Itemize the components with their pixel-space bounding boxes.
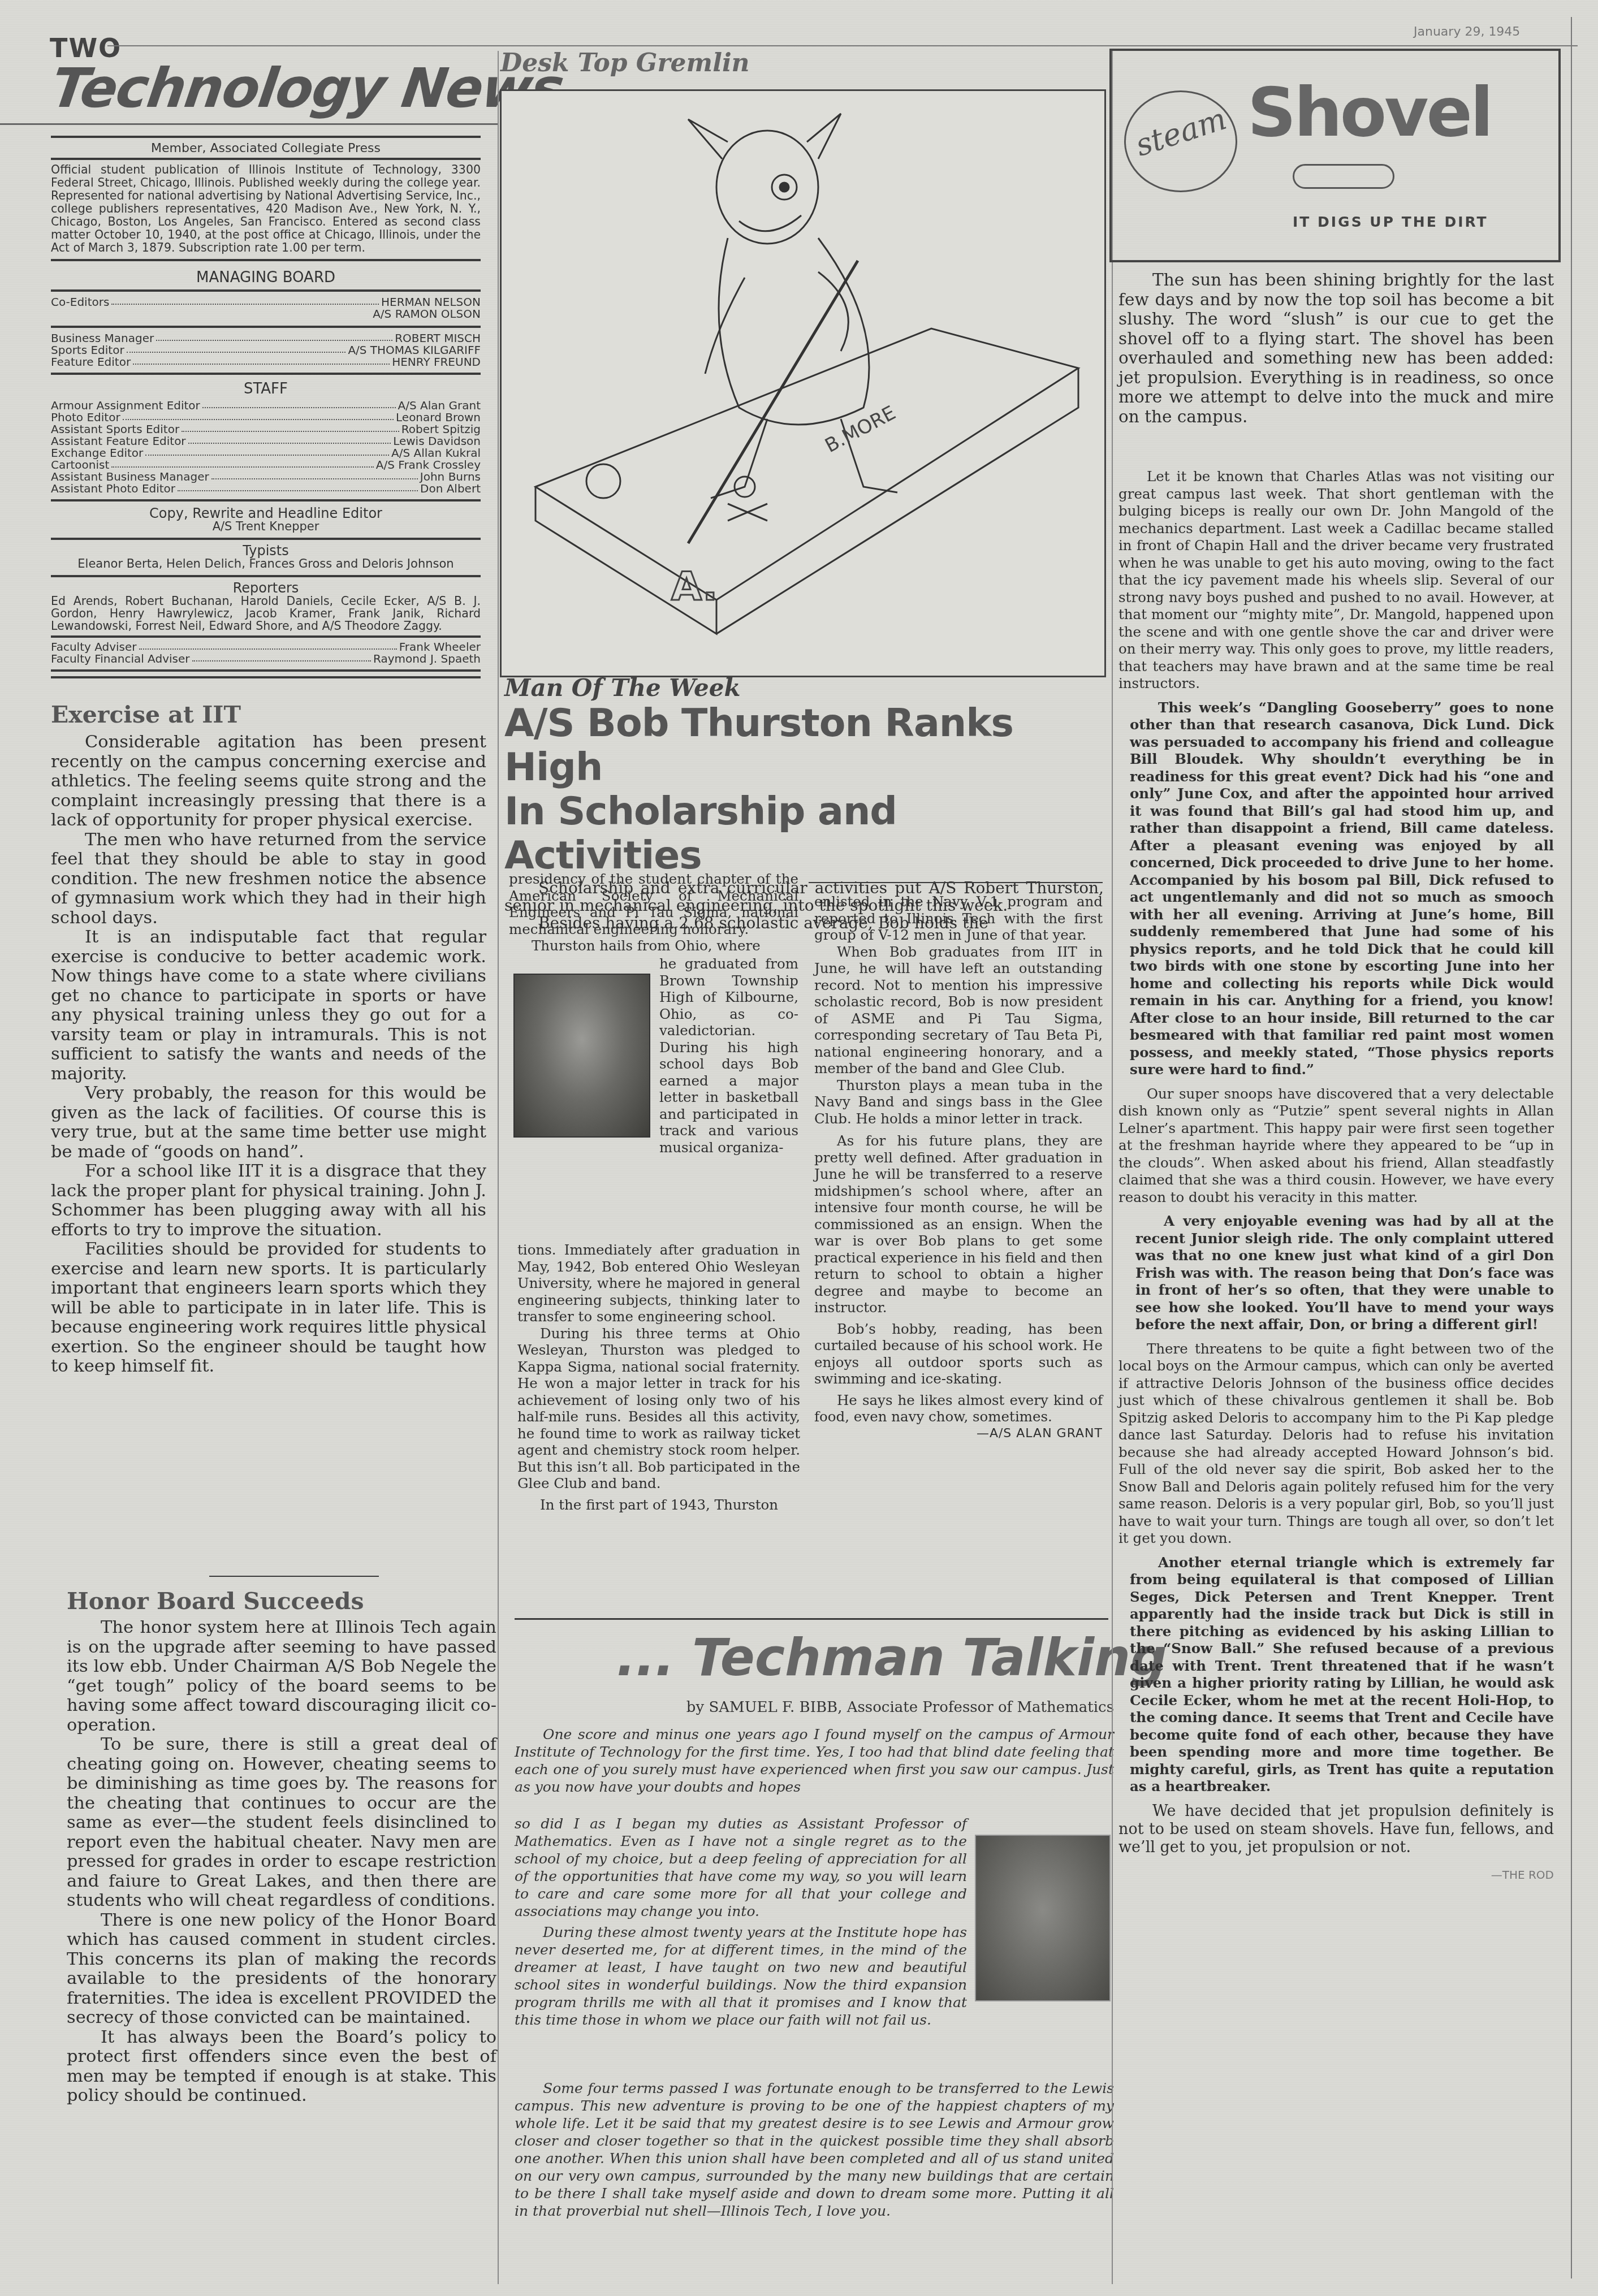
editorial-body: The honor system here at Illinois Tech a… bbox=[67, 1618, 496, 2106]
masthead-row: Photo EditorLeonard Brown bbox=[51, 412, 481, 423]
section-divider bbox=[515, 1618, 1108, 1620]
issue-date: January 29, 1945 bbox=[1414, 25, 1520, 39]
column-title-techman-talking: ... Techman Talking bbox=[616, 1628, 1167, 1688]
column-byline: by SAMUEL F. BIBB, Associate Professor o… bbox=[515, 1699, 1114, 1716]
masthead-row: Business ManagerROBERT MISCH bbox=[51, 332, 481, 344]
acp-member-line: Member, Associated Collegiate Press bbox=[51, 141, 481, 155]
column-top-rule bbox=[809, 882, 1103, 883]
masthead-box: Member, Associated Collegiate Press Offi… bbox=[51, 136, 481, 678]
tread-icon bbox=[1293, 164, 1394, 189]
top-rule bbox=[107, 45, 1578, 46]
managing-board-list: Business ManagerROBERT MISCH Sports Edit… bbox=[51, 332, 481, 368]
copy-editor-heading: Copy, Rewrite and Headline Editor bbox=[51, 507, 481, 520]
article-column-2: enlisted in the Navy V-1 program and rep… bbox=[814, 893, 1103, 1442]
masthead-row: Assistant Sports EditorRobert Spitzig bbox=[51, 423, 481, 435]
steam-shovel-intro: The sun has been shining brightly for th… bbox=[1118, 270, 1554, 426]
staff-list: Armour Assignment EditorA/S Alan Grant P… bbox=[51, 400, 481, 495]
column-closing: We have decided that jet propulsion defi… bbox=[1118, 1802, 1554, 1857]
article-byline: —A/S ALAN GRANT bbox=[814, 1425, 1103, 1442]
techman-intro: One score and minus one years ago I foun… bbox=[515, 1726, 1114, 1796]
editorial-title: Exercise at IIT bbox=[51, 701, 486, 728]
flag-underline bbox=[0, 123, 498, 125]
column-signature: —THE ROD bbox=[1118, 1868, 1554, 1882]
publication-boilerplate: Official student publication of Illinois… bbox=[51, 163, 481, 254]
masthead-row: Faculty AdviserFrank Wheeler bbox=[51, 641, 481, 653]
logo-tagline: IT DIGS UP THE DIRT bbox=[1293, 214, 1488, 230]
newspaper-flag: Technology News bbox=[47, 57, 567, 120]
editorial-honor-board: Honor Board Succeeds The honor system he… bbox=[67, 1588, 496, 2106]
headline-line-2: In Scholarship and Activities bbox=[504, 790, 1104, 878]
editorial-title: Honor Board Succeeds bbox=[67, 1588, 496, 1615]
masthead-row: CartoonistA/S Frank Crossley bbox=[51, 459, 481, 471]
managing-board-heading: MANAGING BOARD bbox=[51, 269, 481, 286]
logo-shovel-word: Shovel bbox=[1247, 73, 1491, 152]
masthead-row: Exchange EditorA/S Allan Kukral bbox=[51, 447, 481, 459]
editorial-body: Considerable agitation has been present … bbox=[51, 733, 486, 1377]
masthead-row: Armour Assignment EditorA/S Alan Grant bbox=[51, 400, 481, 412]
cartoon-title: Desk Top Gremlin bbox=[500, 49, 750, 77]
steam-shovel-items: Let it be known that Charles Atlas was n… bbox=[1118, 468, 1554, 1882]
reporters-names: Ed Arends, Robert Buchanan, Harold Danie… bbox=[51, 595, 481, 632]
co-editors-block: Co-EditorsHERMAN NELSON A/S RAMON OLSON bbox=[51, 296, 481, 320]
headline-line-1: A/S Bob Thurston Ranks High bbox=[504, 702, 1104, 790]
portrait-photo-bob-thurston bbox=[513, 974, 650, 1138]
gossip-item: This week’s “Dangling Gooseberry” goes t… bbox=[1118, 699, 1554, 1079]
gossip-item: Another eternal triangle which is extrem… bbox=[1118, 1554, 1554, 1796]
grade-letter-label: A. bbox=[671, 563, 718, 609]
techman-closing: Some four terms passed I was fortunate e… bbox=[515, 2079, 1114, 2220]
page-edge-rule bbox=[1571, 17, 1572, 2278]
masthead-row: Assistant Photo EditorDon Albert bbox=[51, 483, 481, 495]
article-kicker: Man Of The Week bbox=[504, 674, 1104, 702]
masthead-row: Sports EditorA/S THOMAS KILGARIFF bbox=[51, 344, 481, 356]
newspaper-page: TWO January 29, 1945 Technology News Mem… bbox=[0, 0, 1598, 2296]
portrait-photo-samuel-bibb bbox=[975, 1835, 1111, 2001]
editorial-exercise: Exercise at IIT Considerable agitation h… bbox=[51, 701, 486, 1377]
article-column-1-rest: tions. Immediately after graduation in M… bbox=[517, 1242, 800, 1513]
copy-editor-name: A/S Trent Knepper bbox=[51, 520, 481, 533]
gossip-item: A very enjoyable evening was had by all … bbox=[1118, 1213, 1554, 1334]
article-column-1-wrap: he graduated from Brown Township High of… bbox=[659, 955, 798, 1156]
section-divider bbox=[209, 1576, 379, 1577]
gossip-item: Our super snoops have discovered that a … bbox=[1118, 1086, 1554, 1207]
typists-names: Eleanor Berta, Helen Delich, Frances Gro… bbox=[51, 557, 481, 570]
reporters-heading: Reporters bbox=[51, 582, 481, 595]
staff-heading: STAFF bbox=[51, 380, 481, 397]
article-column-1: presidency of the student chapter of the… bbox=[509, 871, 798, 954]
column-divider bbox=[1112, 51, 1113, 2284]
gossip-item: Let it be known that Charles Atlas was n… bbox=[1118, 468, 1554, 693]
steam-shovel-logo-box: steam Shovel IT DIGS UP THE DIRT bbox=[1109, 49, 1561, 262]
techman-wrap-text: so did I as I began my duties as Assista… bbox=[515, 1815, 967, 2029]
typists-heading: Typists bbox=[51, 544, 481, 557]
column-divider bbox=[498, 51, 499, 2284]
advisers-list: Faculty AdviserFrank Wheeler Faculty Fin… bbox=[51, 641, 481, 665]
gremlin-cartoon-illustration: B.MORE A. bbox=[502, 91, 1106, 677]
cartoon-desk-top-gremlin: B.MORE A. bbox=[500, 89, 1106, 677]
gossip-item: There threatens to be quite a fight betw… bbox=[1118, 1341, 1554, 1547]
masthead-row: Faculty Financial AdviserRaymond J. Spae… bbox=[51, 653, 481, 665]
masthead-row: Assistant Feature EditorLewis Davidson bbox=[51, 435, 481, 447]
masthead-row: Feature EditorHENRY FREUND bbox=[51, 356, 481, 368]
masthead-row: Assistant Business ManagerJohn Burns bbox=[51, 471, 481, 483]
